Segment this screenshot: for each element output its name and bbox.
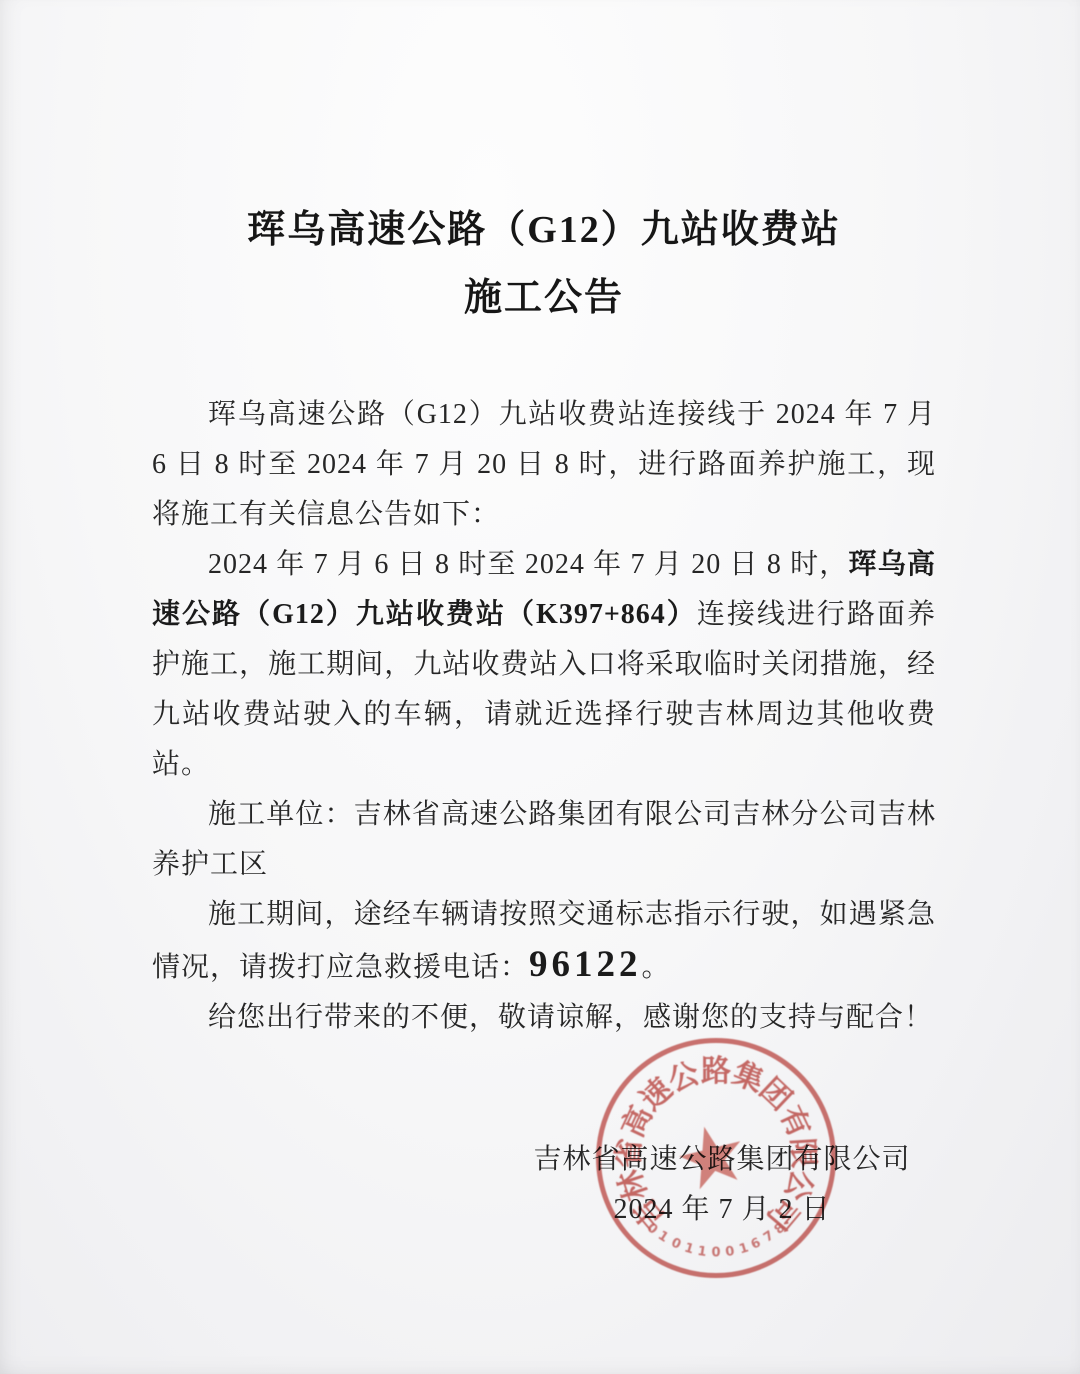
seal-ring-character: 限 — [786, 1137, 818, 1169]
title-line-1: 珲乌高速公路（G12）九站收费站 — [0, 196, 1080, 264]
text-segment: 给您出行带来的不便，敬请谅解，感谢您的支持与配合！ — [208, 1002, 933, 1033]
text-segment: 。 — [642, 952, 671, 983]
seal-serial-digit: 0 — [724, 1245, 735, 1259]
document-title: 珲乌高速公路（G12）九站收费站 施工公告 — [0, 196, 1080, 332]
text-segment: 2024 年 7 月 6 日 8 时至 2024 年 7 月 20 日 8 时， — [208, 549, 849, 580]
body-paragraph: 施工单位：吉林省高速公路集团有限公司吉林分公司吉林养护工区 — [152, 790, 936, 890]
official-seal: ★ 吉林省高速公路集团有限公司01011001678 — [596, 1038, 836, 1278]
text-segment: 施工单位：吉林省高速公路集团有限公司吉林分公司吉林养护工区 — [152, 799, 936, 880]
body-paragraph: 给您出行带来的不便，敬请谅解，感谢您的支持与配合！ — [152, 993, 936, 1043]
text-segment: 96122 — [529, 944, 642, 985]
body-paragraph: 珲乌高速公路（G12）九站收费站连接线于 2024 年 7 月 6 日 8 时至… — [152, 390, 936, 540]
seal-ring-character: 省 — [614, 1137, 646, 1169]
seal-ring-character: 路 — [701, 1057, 731, 1087]
body-paragraph: 施工期间，途经车辆请按照交通标志指示行驶，如遇紧急情况，请拨打应急救援电话：96… — [152, 890, 936, 993]
document-body: 珲乌高速公路（G12）九站收费站连接线于 2024 年 7 月 6 日 8 时至… — [152, 390, 936, 1043]
title-line-2: 施工公告 — [0, 264, 1080, 332]
seal-serial-digit: 0 — [711, 1247, 720, 1260]
body-paragraph: 2024 年 7 月 6 日 8 时至 2024 年 7 月 20 日 8 时，… — [152, 540, 936, 790]
document-page: 珲乌高速公路（G12）九站收费站 施工公告 珲乌高速公路（G12）九站收费站连接… — [0, 0, 1080, 1374]
text-segment: 珲乌高速公路（G12）九站收费站连接线于 2024 年 7 月 6 日 8 时至… — [152, 399, 936, 530]
